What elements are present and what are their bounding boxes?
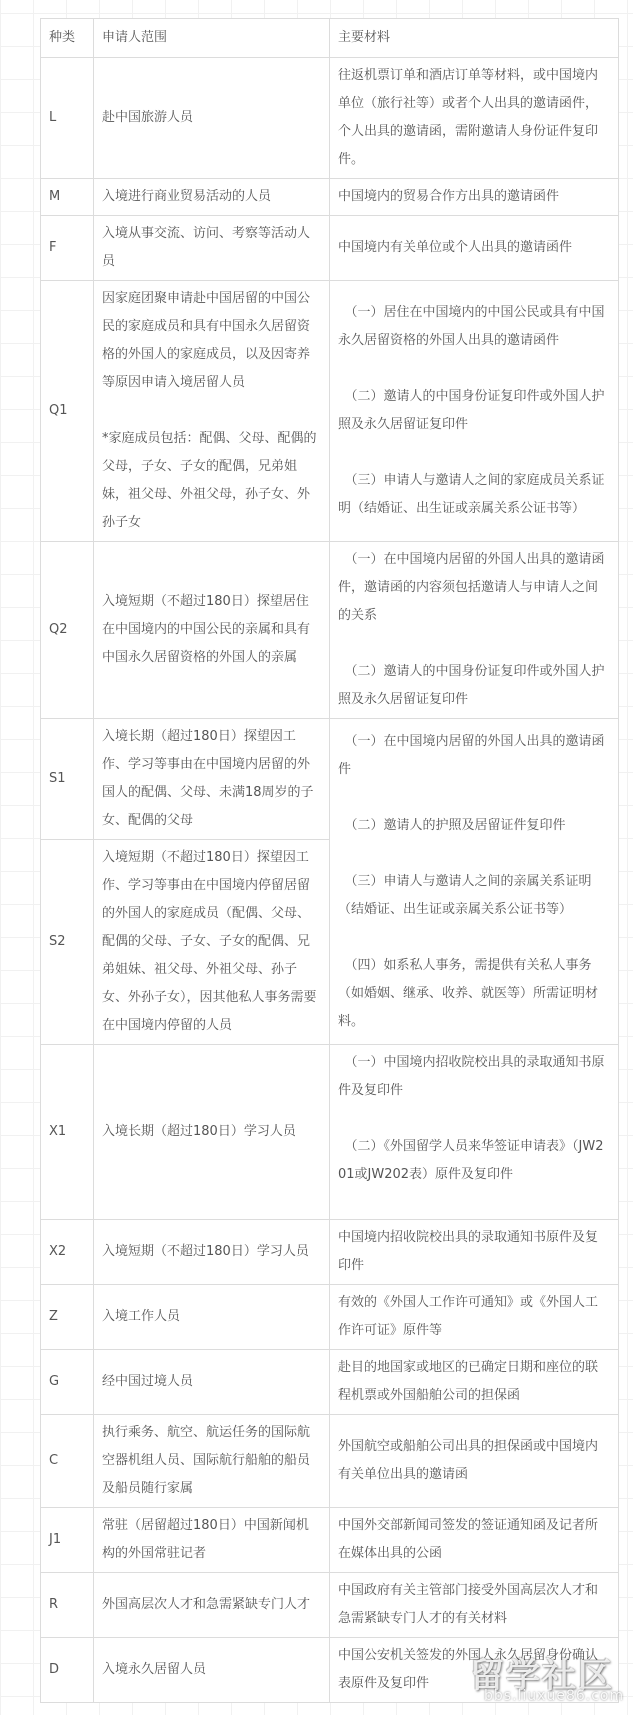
materials-item: （一）在中国境内居留的外国人出具的邀请函件，邀请函的内容须包括邀请人与申请人之间… [338, 546, 610, 630]
applicant-scope-cell: 入境短期（不超过180日）学习人员 [94, 1220, 330, 1285]
materials-cell: 中国政府有关主管部门接受外国高层次人才和急需紧缺专门人才的有关材料 [330, 1573, 619, 1638]
visa-kind-cell: Q2 [41, 542, 94, 719]
materials-cell: 外国航空或船舶公司出具的担保函或中国境内有关单位出具的邀请函 [330, 1415, 619, 1508]
table-row: Q2 入境短期（不超过180日）探望居住在中国境内的中国公民的亲属和具有中国永久… [41, 542, 619, 719]
visa-kind-cell: D [41, 1638, 94, 1703]
materials-cell: 中国境内招收院校出具的录取通知书原件及复印件 [330, 1220, 619, 1285]
scope-text: 入境长期（超过180日）探望因工作、学习等事由在中国境内居留的外国人的配偶、父母… [102, 723, 321, 835]
table-row: L 赴中国旅游人员 往返机票订单和酒店订单等材料，或中国境内单位（旅行社等）或者… [41, 58, 619, 179]
materials-text: 外国航空或船舶公司出具的担保函或中国境内有关单位出具的邀请函 [338, 1433, 610, 1489]
applicant-scope-cell: 因家庭团聚申请赴中国居留的中国公民的家庭成员和具有中国永久居留资格的外国人的家庭… [94, 281, 330, 542]
materials-text: 中国外交部新闻司签发的签证通知函及记者所在媒体出具的公函 [338, 1512, 610, 1568]
visa-kind-cell: X2 [41, 1220, 94, 1285]
materials-text: 中国公安机关签发的外国人永久居留身份确认表原件及复印件 [338, 1642, 610, 1698]
applicant-scope-cell: 入境永久居留人员 [94, 1638, 330, 1703]
visa-kind-cell: L [41, 58, 94, 179]
materials-cell: 中国境内的贸易合作方出具的邀请函件 [330, 179, 619, 216]
materials-item: （三）申请人与邀请人之间的家庭成员关系证明（结婚证、出生证或亲属关系公证书等） [338, 467, 610, 523]
table-row: G 经中国过境人员 赴目的地国家或地区的已确定日期和座位的联程机票或外国船舶公司… [41, 1350, 619, 1415]
materials-text: 中国境内招收院校出具的录取通知书原件及复印件 [338, 1224, 610, 1280]
applicant-scope-cell: 入境短期（不超过180日）探望因工作、学习等事由在中国境内停留居留的外国人的家庭… [94, 840, 330, 1045]
visa-kind-cell: Q1 [41, 281, 94, 542]
materials-item: （二）邀请人的中国身份证复印件或外国人护照及永久居留证复印件 [338, 383, 610, 439]
materials-item: （三）申请人与邀请人之间的亲属关系证明（结婚证、出生证或亲属关系公证书等） [338, 868, 610, 924]
table-row: S1 入境长期（超过180日）探望因工作、学习等事由在中国境内居留的外国人的配偶… [41, 719, 619, 840]
visa-kind-cell: C [41, 1415, 94, 1508]
materials-cell: 中国外交部新闻司签发的签证通知函及记者所在媒体出具的公函 [330, 1508, 619, 1573]
applicant-scope-cell: 执行乘务、航空、航运任务的国际航空器机组人员、国际航行船舶的船员及船员随行家属 [94, 1415, 330, 1508]
materials-cell: 有效的《外国人工作许可通知》或《外国人工作许可证》原件等 [330, 1285, 619, 1350]
materials-text: 中国境内的贸易合作方出具的邀请函件 [338, 183, 610, 211]
materials-text: 中国境内有关单位或个人出具的邀请函件 [338, 234, 610, 262]
table-row: X2 入境短期（不超过180日）学习人员 中国境内招收院校出具的录取通知书原件及… [41, 1220, 619, 1285]
scope-text: 执行乘务、航空、航运任务的国际航空器机组人员、国际航行船舶的船员及船员随行家属 [102, 1419, 321, 1503]
table-row: C 执行乘务、航空、航运任务的国际航空器机组人员、国际航行船舶的船员及船员随行家… [41, 1415, 619, 1508]
materials-cell: （一）在中国境内居留的外国人出具的邀请函件，邀请函的内容须包括邀请人与申请人之间… [330, 542, 619, 719]
scope-text: 入境进行商业贸易活动的人员 [102, 183, 321, 211]
materials-item: （一）中国境内招收院校出具的录取通知书原件及复印件 [338, 1049, 610, 1105]
applicant-scope-cell: 入境长期（超过180日）学习人员 [94, 1045, 330, 1220]
applicant-scope-cell: 入境从事交流、访问、考察等活动人员 [94, 216, 330, 281]
applicant-scope-cell: 入境短期（不超过180日）探望居住在中国境内的中国公民的亲属和具有中国永久居留资… [94, 542, 330, 719]
materials-text: 往返机票订单和酒店订单等材料，或中国境内单位（旅行社等）或者个人出具的邀请函件，… [338, 62, 610, 174]
header-materials: 主要材料 [330, 19, 619, 58]
header-scope: 申请人范围 [94, 19, 330, 58]
visa-kind-cell: M [41, 179, 94, 216]
scope-text: 入境短期（不超过180日）探望因工作、学习等事由在中国境内停留居留的外国人的家庭… [102, 844, 321, 1040]
scope-text: 经中国过境人员 [102, 1368, 321, 1396]
table-row: Q1 因家庭团聚申请赴中国居留的中国公民的家庭成员和具有中国永久居留资格的外国人… [41, 281, 619, 542]
scope-text: 入境长期（超过180日）学习人员 [102, 1118, 321, 1146]
table-row: R 外国高层次人才和急需紧缺专门人才 中国政府有关主管部门接受外国高层次人才和急… [41, 1573, 619, 1638]
materials-cell: 赴目的地国家或地区的已确定日期和座位的联程机票或外国船舶公司的担保函 [330, 1350, 619, 1415]
materials-cell: 往返机票订单和酒店订单等材料，或中国境内单位（旅行社等）或者个人出具的邀请函件，… [330, 58, 619, 179]
scope-text: 外国高层次人才和急需紧缺专门人才 [102, 1591, 321, 1619]
materials-item: （四）如系私人事务，需提供有关私人事务（如婚姻、继承、收养、就医等）所需证明材料… [338, 952, 610, 1036]
materials-cell: （一）中国境内招收院校出具的录取通知书原件及复印件 （二）《外国留学人员来华签证… [330, 1045, 619, 1220]
scope-text: 常驻（居留超过180日）中国新闻机构的外国常驻记者 [102, 1512, 321, 1568]
applicant-scope-cell: 外国高层次人才和急需紧缺专门人才 [94, 1573, 330, 1638]
materials-text: 有效的《外国人工作许可通知》或《外国人工作许可证》原件等 [338, 1289, 610, 1345]
materials-text: 赴目的地国家或地区的已确定日期和座位的联程机票或外国船舶公司的担保函 [338, 1354, 610, 1410]
applicant-scope-cell: 入境进行商业贸易活动的人员 [94, 179, 330, 216]
table-row: Z 入境工作人员 有效的《外国人工作许可通知》或《外国人工作许可证》原件等 [41, 1285, 619, 1350]
scope-text: 赴中国旅游人员 [102, 104, 321, 132]
applicant-scope-cell: 入境长期（超过180日）探望因工作、学习等事由在中国境内居留的外国人的配偶、父母… [94, 719, 330, 840]
table-row: J1 常驻（居留超过180日）中国新闻机构的外国常驻记者 中国外交部新闻司签发的… [41, 1508, 619, 1573]
scope-text: 入境短期（不超过180日）探望居住在中国境内的中国公民的亲属和具有中国永久居留资… [102, 588, 321, 672]
materials-item: （一）居住在中国境内的中国公民或具有中国永久居留资格的外国人出具的邀请函件 [338, 299, 610, 355]
materials-cell: 中国公安机关签发的外国人永久居留身份确认表原件及复印件 [330, 1638, 619, 1703]
scope-note: *家庭成员包括：配偶、父母、配偶的父母，子女、子女的配偶，兄弟姐妹，祖父母、外祖… [102, 425, 321, 537]
table-row: D 入境永久居留人员 中国公安机关签发的外国人永久居留身份确认表原件及复印件 [41, 1638, 619, 1703]
applicant-scope-cell: 入境工作人员 [94, 1285, 330, 1350]
materials-item: （二）邀请人的中国身份证复印件或外国人护照及永久居留证复印件 [338, 658, 610, 714]
materials-text: 中国政府有关主管部门接受外国高层次人才和急需紧缺专门人才的有关材料 [338, 1577, 610, 1633]
scope-text: 入境短期（不超过180日）学习人员 [102, 1238, 321, 1266]
table-header-row: 种类 申请人范围 主要材料 [41, 19, 619, 58]
materials-cell-merged: （一）在中国境内居留的外国人出具的邀请函件 （二）邀请人的护照及居留证件复印件 … [330, 719, 619, 1045]
visa-kind-cell: S1 [41, 719, 94, 840]
materials-item: （一）在中国境内居留的外国人出具的邀请函件 [338, 728, 610, 784]
table-row: M 入境进行商业贸易活动的人员 中国境内的贸易合作方出具的邀请函件 [41, 179, 619, 216]
visa-kind-cell: F [41, 216, 94, 281]
visa-materials-table: 种类 申请人范围 主要材料 L 赴中国旅游人员 往返机票订单和酒店订单等材料，或… [40, 18, 619, 1703]
applicant-scope-cell: 常驻（居留超过180日）中国新闻机构的外国常驻记者 [94, 1508, 330, 1573]
visa-kind-cell: S2 [41, 840, 94, 1045]
visa-kind-cell: Z [41, 1285, 94, 1350]
materials-item: （二）《外国留学人员来华签证申请表》（JW201或JW202表）原件及复印件 [338, 1133, 610, 1189]
visa-kind-cell: J1 [41, 1508, 94, 1573]
header-kind: 种类 [41, 19, 94, 58]
table-row: X1 入境长期（超过180日）学习人员 （一）中国境内招收院校出具的录取通知书原… [41, 1045, 619, 1220]
applicant-scope-cell: 赴中国旅游人员 [94, 58, 330, 179]
applicant-scope-cell: 经中国过境人员 [94, 1350, 330, 1415]
scope-text: 入境从事交流、访问、考察等活动人员 [102, 220, 321, 276]
scope-text: 入境工作人员 [102, 1303, 321, 1331]
visa-kind-cell: G [41, 1350, 94, 1415]
visa-kind-cell: X1 [41, 1045, 94, 1220]
document-page: 种类 申请人范围 主要材料 L 赴中国旅游人员 往返机票订单和酒店订单等材料，或… [40, 18, 618, 1703]
materials-cell: （一）居住在中国境内的中国公民或具有中国永久居留资格的外国人出具的邀请函件 （二… [330, 281, 619, 542]
table-row: F 入境从事交流、访问、考察等活动人员 中国境内有关单位或个人出具的邀请函件 [41, 216, 619, 281]
visa-kind-cell: R [41, 1573, 94, 1638]
materials-cell: 中国境内有关单位或个人出具的邀请函件 [330, 216, 619, 281]
scope-text: 因家庭团聚申请赴中国居留的中国公民的家庭成员和具有中国永久居留资格的外国人的家庭… [102, 285, 321, 397]
scope-text: 入境永久居留人员 [102, 1656, 321, 1684]
materials-item: （二）邀请人的护照及居留证件复印件 [338, 812, 610, 840]
